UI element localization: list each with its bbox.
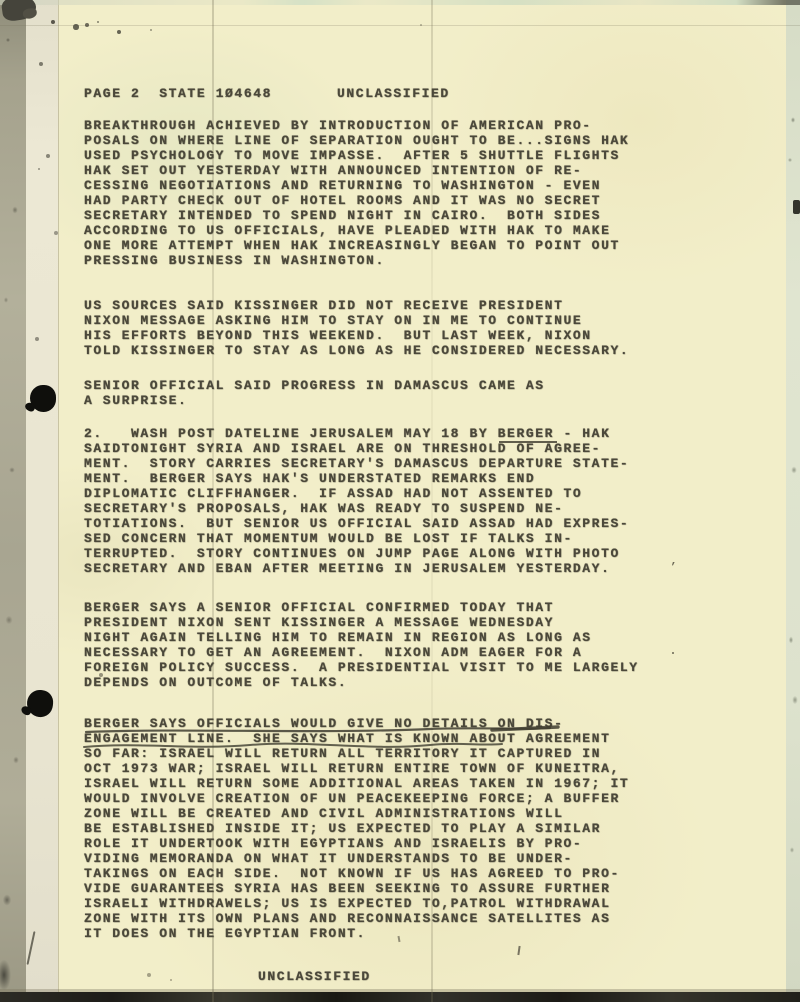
horizontal-crease — [0, 25, 800, 26]
classification-footer: UNCLASSIFIED — [258, 969, 371, 984]
scanned-telegram-page: ’ PAGE 2 STATE 1Ø4648 UNCLASSIFIED BREAK… — [0, 0, 800, 1002]
pen-underline-marks — [80, 720, 590, 760]
page-edge-band — [26, 0, 58, 1002]
paragraph-senior-official: SENIOR OFFICIAL SAID PROGRESS IN DAMASCU… — [84, 378, 545, 408]
paragraph-breakthrough: BREAKTHROUGH ACHIEVED BY INTRODUCTION OF… — [84, 118, 629, 268]
paragraph-us-sources: US SOURCES SAID KISSINGER DID NOT RECEIV… — [84, 298, 629, 358]
stray-apostrophe-mark: ’ — [670, 562, 677, 574]
right-edge-ink-mark — [793, 200, 800, 214]
paper-edge-line — [58, 0, 59, 1002]
typed-underline-berger — [499, 441, 557, 443]
page-number-label: PAGE 2 STATE 1Ø4648 — [84, 86, 272, 101]
hole-punch-top — [30, 385, 56, 412]
right-scan-edge-strip — [786, 0, 800, 1002]
classification-header: UNCLASSIFIED — [337, 86, 450, 101]
paragraph-wash-post-item: 2. WASH POST DATELINE JERUSALEM MAY 18 B… — [84, 426, 629, 576]
top-scan-edge — [0, 0, 800, 5]
paragraph-berger-confirmed: BERGER SAYS A SENIOR OFFICIAL CONFIRMED … — [84, 600, 639, 690]
left-scan-edge-strip — [0, 0, 26, 1002]
page-header: PAGE 2 STATE 1Ø4648 UNCLASSIFIED — [0, 86, 800, 101]
bottom-scan-edge — [0, 992, 800, 1002]
ink-specks — [0, 0, 2, 2]
